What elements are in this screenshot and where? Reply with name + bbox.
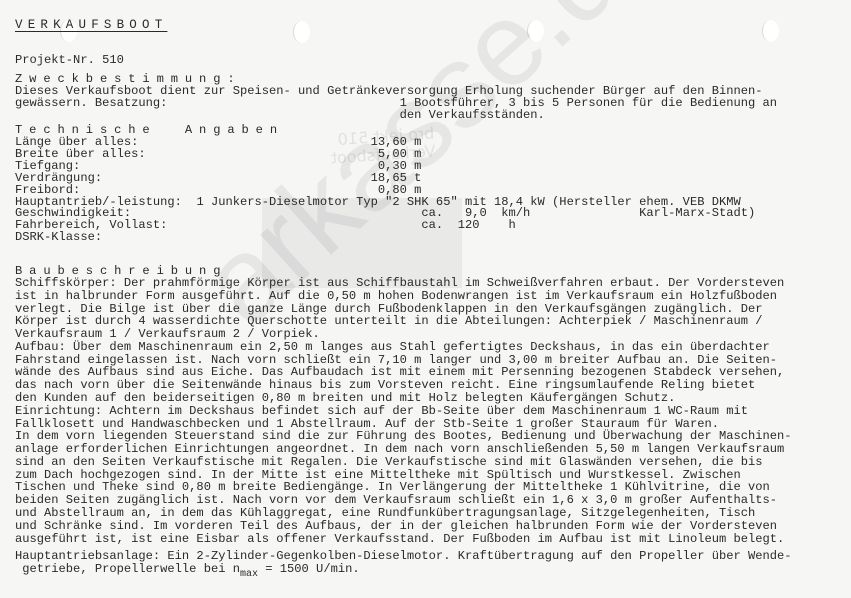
construction-line: das nach vorn über die Seitenwände hinau… [15,379,755,391]
construction-line: beiden Seiten zugänglich ist. Nach vorn … [15,494,777,506]
drive-text: getriebe, Propellerwelle bei n [15,562,240,576]
construction-line: verlegt. Die Bilge ist über die ganze Lä… [15,303,763,315]
punch-hole [762,20,779,42]
spec-value: ca. 120 h [421,218,515,232]
construction-line: sind an den Seiten Verkaufstische mit Re… [15,456,763,468]
construction-line: Aufbau: Über dem Maschinenraum ein 2,50 … [15,341,770,353]
construction-line: In dem vorn liegenden Steuerstand sind d… [15,430,792,442]
drive-description-line: Hauptantriebsanlage: Ein 2-Zylinder-Gege… [15,550,792,562]
construction-line: Verkaufsraum 1 / Verkaufsraum 2 / Vorpie… [15,328,320,340]
construction-line: den Kunden auf den beiderseitigen 0,80 m… [15,392,675,404]
subscript-max: max [240,569,258,580]
construction-line: Fallklosett und Handwaschbecken und 1 Ab… [15,418,719,430]
spec-label: DSRK-Klasse: [15,230,378,244]
construction-line: Einrichtung: Achtern im Deckshaus befind… [15,405,748,417]
construction-line: Fahrstand eingelassen ist. Nach vorn sch… [15,354,777,366]
construction-line: anlage erforderlichen Einrichtungen ange… [15,443,784,455]
construction-line: ausgeführt ist, ist eine Eisbar als offe… [15,533,784,545]
punch-hole [293,21,310,43]
document-page: bro jekt 510 Verkaufsboot arkasse.de VER… [0,0,851,598]
construction-line: Schiffskörper: Der prahmförmige Körper i… [15,277,784,289]
construction-line: wände des Aufbaus sind aus Eiche. Das Au… [15,366,784,378]
construction-line: Körper ist durch 4 wasserdichte Querscho… [15,315,763,327]
project-number: Projekt-Nr. 510 [15,54,124,66]
construction-line: Tischen und Theke sind 0,80 m breite Bed… [15,481,770,493]
construction-line: ist in halbrunder Form ausgeführt. Auf d… [15,290,777,302]
construction-line: und Schränke sind. Im vorderen Teil des … [15,520,777,532]
purpose-line: den Verkaufsständen. [15,109,545,121]
drive-description-line: getriebe, Propellerwelle bei nmax = 1500… [15,563,360,581]
construction-line: zum Dach hochgezogen sind. In der Mitte … [15,469,741,481]
construction-line: und Abstellraum an, in dem das Kühlaggre… [15,507,755,519]
punch-hole [527,20,544,42]
spec-row: DSRK-Klasse: [15,231,378,243]
drive-text: = 1500 U/min. [258,562,360,576]
document-title: VERKAUFSBOOT [15,18,167,32]
